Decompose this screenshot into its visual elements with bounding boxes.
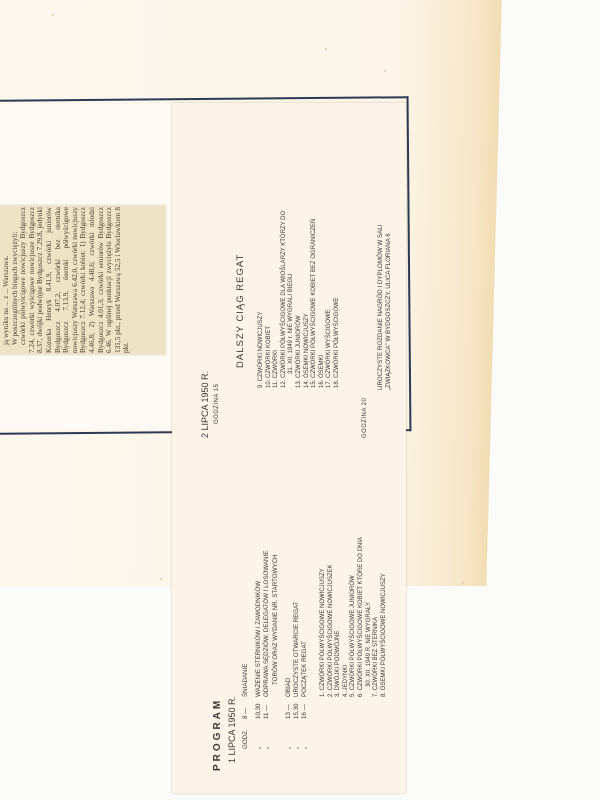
day1-race-list: 1. CZWÓRKI PÓŁWYŚCIGOWE NOWICJUSZY 2. CZ…: [320, 537, 388, 697]
race-item: 17. CZWÓRKI WYŚCIGOWE: [326, 211, 334, 388]
day1-date: 1 LIPCA 1950 R.: [227, 696, 237, 763]
race-item: 7. CZWÓRKI BEZ STERNIKA: [373, 537, 381, 697]
day2-start-hour: GODZINA 15: [214, 384, 220, 424]
schedule-row-continuation: TORÓW ORAZ WYDANIE NR. STARTOWYCH: [272, 551, 280, 749]
day2-race-list: 9. CZWÓRKI NOWICJUSZY 10. CZWÓRKI KOBIET…: [258, 211, 342, 388]
race-item: 15. CZWÓRKI PÓŁWYŚCIGOWE KOBIET BEZ OGRA…: [311, 211, 319, 388]
clipping-paragraph: ją wyniku na ... z ... Warszawa.: [2, 207, 11, 353]
newspaper-clipping: ją wyniku na ... z ... Warszawa. W poszc…: [0, 205, 166, 355]
race-item: 1. CZWÓRKI PÓŁWYŚCIGOWE NOWICJUSZY: [320, 537, 328, 697]
day2-closing-hour: GODZINA 20: [362, 398, 368, 438]
paper-speck: [325, 48, 327, 50]
race-item: 9. CZWÓRKI NOWICJUSZY: [258, 211, 266, 388]
race-item: 12. CZWÓRKI PÓŁWYŚCIGOWE DLA WIOŚLARZY K…: [281, 211, 289, 388]
paper-speck: [52, 14, 54, 16]
schedule-row: „13 —OBIAD: [285, 551, 293, 749]
program-card: PROGRAM 1 LIPCA 1950 R. GODZ.8 —ŚNIADANI…: [172, 103, 406, 793]
race-item-continuation: 31. XII. 1949 r. NIE WYGRALI BIEGU: [288, 211, 296, 388]
race-item: 6. CZWÓRKI PÓŁWYŚCIGOWE KOBIET KTÓRE DO …: [358, 537, 366, 697]
day1-panel: PROGRAM 1 LIPCA 1950 R. GODZ.8 —ŚNIADANI…: [172, 453, 406, 793]
clipping-paragraph: czwórki półwyścigowe nowicjuszy Bydgoszc…: [19, 207, 131, 353]
paper-speck: [384, 70, 386, 72]
paper-speck: [462, 582, 464, 584]
ceremony-note: UROCZYSTE ROZDANIE NAGRÓD I DYPLOMÓW W S…: [377, 225, 393, 390]
schedule-row: „16 —POCZĄTEK REGAT: [301, 551, 309, 749]
schedule-row: „10,30WAŻENIE STERNIKÓW I ZAWODNIKÓW: [255, 551, 263, 749]
day2-title: DALSZY CIĄG REGAT: [235, 254, 246, 368]
day1-schedule: GODZ.8 —ŚNIADANIE „10,30WAŻENIE STERNIKÓ…: [242, 551, 309, 749]
clipping-paragraph: W poszczególnych biegach zwyciężyli:: [11, 207, 20, 353]
schedule-row: „11 —ODPRAWA SĘDZIÓW, DELEGATÓW I LOSOWA…: [263, 551, 271, 749]
ceremony-line: „ZWIĄZKOWCA” W BYDGOSZCZY, ULICA FLORIAN…: [385, 225, 393, 390]
day2-date: 2 LIPCA 1950 R.: [200, 371, 210, 438]
program-card-content: PROGRAM 1 LIPCA 1950 R. GODZ.8 —ŚNIADANI…: [172, 103, 406, 793]
clipping-text: ją wyniku na ... z ... Warszawa. W poszc…: [2, 207, 164, 353]
race-item: 18. CZWÓRKI PÓŁWYŚCIGOWE: [334, 211, 342, 388]
program-title: PROGRAM: [212, 698, 223, 771]
race-item: 5. CZWÓRKI PÓŁWYŚCIGOWE JUNIORÓW: [350, 537, 358, 697]
race-item: 11. CZWÓRKI: [273, 211, 281, 388]
ceremony-line: UROCZYSTE ROZDANIE NAGRÓD I DYPLOMÓW W S…: [377, 225, 385, 390]
paper-speck: [160, 578, 162, 580]
schedule-row: GODZ.8 —ŚNIADANIE: [242, 551, 250, 749]
race-item: 13. CZWÓRKI JUNIORÓW: [296, 211, 304, 388]
schedule-row: „15,30UROCZYSTE OTWARCIE REGAT: [293, 551, 301, 749]
race-item: 8. ÓSEMKI PÓŁWYŚCIGOWE NOWICJUSZY: [381, 537, 389, 697]
day2-panel: 2 LIPCA 1950 R. GODZINA 15 DALSZY CIĄG R…: [172, 103, 406, 448]
race-item: 3. DWÓJKI PODWÓJNE: [335, 537, 343, 697]
